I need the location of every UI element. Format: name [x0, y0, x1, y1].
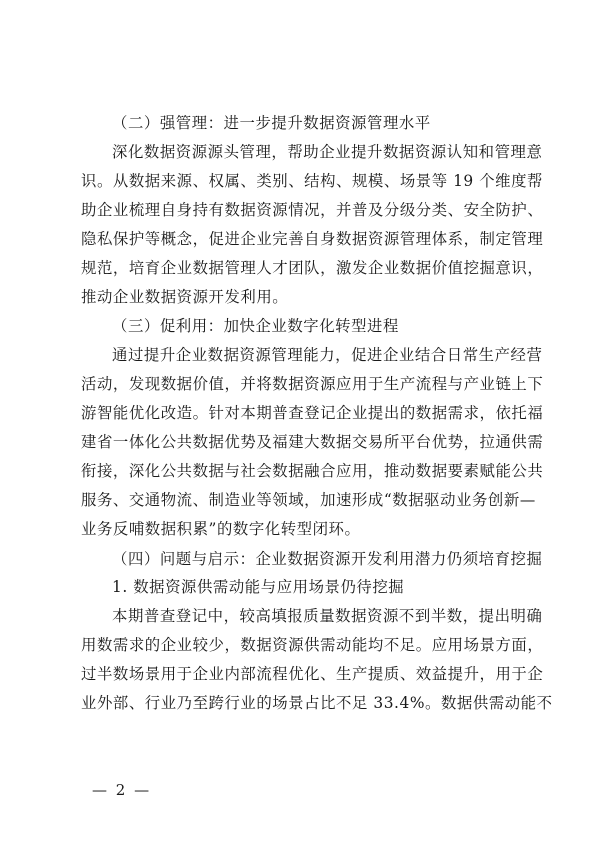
- paragraph-line: 服务、交通物流、制造业等领域，加速形成“数据驱动业务创新—: [81, 490, 521, 510]
- paragraph-line: 隐私保护等概念，促进企业完善自身数据资源管理体系，制定管理: [81, 229, 521, 249]
- paragraph-line: 本期普查登记中，较高填报质量数据资源不到半数，提出明确: [112, 606, 521, 626]
- document-page: （二）强管理：进一步提升数据资源管理水平 深化数据资源源头管理，帮助企业提升数据…: [0, 0, 595, 841]
- paragraph-line: 业务反哺数据积累”的数字化转型闭环。: [81, 519, 521, 539]
- paragraph-line: 过半数场景用于企业内部流程优化、生产提质、效益提升，用于企: [81, 664, 521, 684]
- paragraph-line: 通过提升企业数据资源管理能力，促进企业结合日常生产经营: [112, 345, 521, 365]
- subheading: 1. 数据资源供需动能与应用场景仍待挖掘: [112, 577, 521, 597]
- paragraph-line: 规范，培育企业数据管理人才团队，激发企业数据价值挖掘意识，: [81, 258, 521, 278]
- section-heading-4: （四）问题与启示：企业数据资源开发利用潜力仍须培育挖掘: [112, 549, 521, 569]
- paragraph-line: 用数需求的企业较少，数据资源供需动能均不足。应用场景方面，: [81, 635, 521, 655]
- paragraph-line: 业外部、行业乃至跨行业的场景占比不足 33.4%。数据供需动能不: [81, 693, 521, 713]
- section-heading-2: （二）强管理：进一步提升数据资源管理水平: [112, 113, 521, 133]
- paragraph-line: 助企业梳理自身持有数据资源情况，并普及分级分类、安全防护、: [81, 200, 521, 220]
- paragraph-line: 识。从数据来源、权属、类别、结构、规模、场景等 19 个维度帮: [81, 171, 521, 191]
- section-heading-3: （三）促利用：加快企业数字化转型进程: [112, 316, 521, 336]
- paragraph-line: 建省一体化公共数据优势及福建大数据交易所平台优势，拉通供需: [81, 432, 521, 452]
- paragraph-line: 深化数据资源源头管理，帮助企业提升数据资源认知和管理意: [112, 142, 521, 162]
- paragraph-line: 推动企业数据资源开发利用。: [81, 287, 521, 307]
- page-number: — 2 —: [92, 781, 151, 799]
- paragraph-line: 活动，发现数据价值，并将数据资源应用于生产流程与产业链上下: [81, 374, 521, 394]
- paragraph-line: 衔接，深化公共数据与社会数据融合应用，推动数据要素赋能公共: [81, 461, 521, 481]
- paragraph-line: 游智能优化改造。针对本期普查登记企业提出的数据需求，依托福: [81, 403, 521, 423]
